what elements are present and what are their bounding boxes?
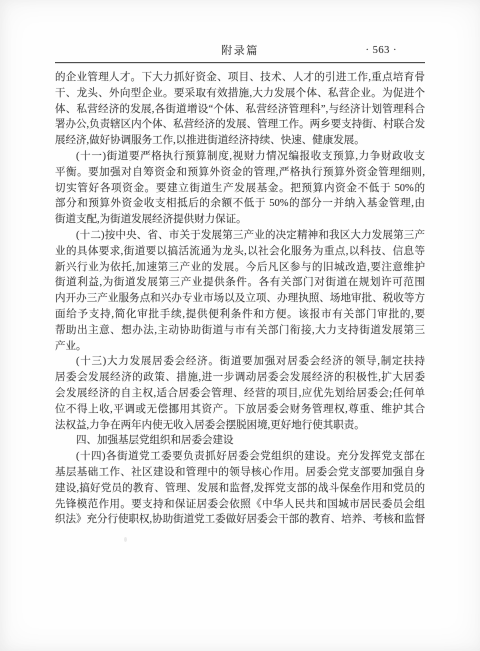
body-line: 内开办三产业服务点和兴办专业市场以及立项、办理执照、场地审批、税收等方 — [55, 291, 425, 307]
page-header: 附录篇 · 563 · — [55, 43, 425, 59]
body-line: 体、私营经济的发展,各街道增设“个体、私营经济管理科”,与经济计划管理科合 — [55, 102, 425, 118]
body-line: 位不得上收,平调或无偿挪用其资产。下放居委会财务管理权,尊重、维护其合 — [55, 402, 425, 418]
body-line: 面给予支持,简化审批手续,提供便利条件和方便。该报市有关部门审批的,要 — [55, 307, 425, 323]
body-line: 业的具体要求,街道要以搞活流通为龙头,以社会化服务为重点,以科技、信息等 — [55, 244, 425, 260]
header-section-title: 附录篇 — [221, 45, 259, 57]
body-line: 署办公,负责辖区内个体、私营经济的发展、管理工作。两乡要支持街、村联合发 — [55, 117, 425, 133]
body-line: 的企业管理人才。下大力抓好资金、项目、技术、人才的引进工作,重点培育骨 — [55, 70, 425, 86]
header-rule — [55, 62, 425, 63]
body-line: (十一)街道要严格执行预算制度,视财力情况编报收支预算,力争财政收支 — [55, 149, 425, 165]
scan-speck — [124, 537, 127, 542]
body-line: 基层基础工作、社区建设和管理中的领导核心作用。居委会党支部要加强自身 — [55, 465, 425, 481]
body-line: 法权益,力争在两年内使无收入居委会摆脱困境,更好地行使其职责。 — [55, 418, 425, 434]
body-line: 展经济,做好协调服务工作,以推进街道经济持续、快速、健康发展。 — [55, 133, 425, 149]
body-line: (十三)大力发展居委会经济。街道要加强对居委会经济的领导,制定扶持 — [55, 354, 425, 370]
body-line: 部分和预算外资金收支相抵后的余额不低于 50%的部分一并纳入基金管理,由 — [55, 196, 425, 212]
section-heading: 四、加强基层党组织和居委会建设 — [55, 433, 425, 449]
body-line: 切实管好各项资金。要建立街道生产发展基金。把预算内资金不低于 50%的 — [55, 181, 425, 197]
body-line: 平衡。要加强对自筹资金和预算外资金的管理,严格执行预算外资金管理细则, — [55, 165, 425, 181]
body-line: 建设,搞好党员的教育、管理、发展和监督,发挥党支部的战斗保垒作用和党员的 — [55, 481, 425, 497]
body-line: 干、龙头、外向型企业。要采取有效措施,大力发展个体、私营企业。为促进个 — [55, 86, 425, 102]
body-line: 居委会发展经济的政策、措施,进一步调动居委会发展经济的积极性,扩大居委 — [55, 370, 425, 386]
body-line: 会发展经济的自主权,适合居委会管理、经营的项目,应优先划给居委会;任何单 — [55, 386, 425, 402]
body-line: 新兴行业为依托,加速第三产业的发展。今后凡区参与的旧城改造,要注意维护 — [55, 260, 425, 276]
body-line: 产业。 — [55, 339, 425, 355]
body-line: (十二)按中央、省、市关于发展第三产业的决定精神和我区大力发展第三产 — [55, 228, 425, 244]
body-line: (十四)各街道党工委要负责抓好居委会党组织的建设。充分发挥党支部在 — [55, 449, 425, 465]
body-line: 街道利益,为街道发展第三产业提供条件。各有关部门对街道在规划许可范围 — [55, 275, 425, 291]
header-page-number: · 563 · — [366, 43, 398, 59]
body-line: 先锋模范作用。要支持和保证居委会依照《中华人民共和国城市居民委员会组 — [55, 497, 425, 513]
body-line: 织法》充分行使职权,协助街道党工委做好居委会干部的教育、培养、考核和监督 — [55, 512, 425, 528]
document-body: 的企业管理人才。下大力抓好资金、项目、技术、人才的引进工作,重点培育骨 干、龙头… — [55, 70, 425, 528]
body-line: 街道支配,为街道发展经济提供财力保证。 — [55, 212, 425, 228]
body-line: 帮助出主意、想办法,主动协助街道与市有关部门衔接,大力支持街道发展第三 — [55, 323, 425, 339]
scanned-page: 附录篇 · 563 · 的企业管理人才。下大力抓好资金、项目、技术、人才的引进工… — [0, 0, 480, 651]
